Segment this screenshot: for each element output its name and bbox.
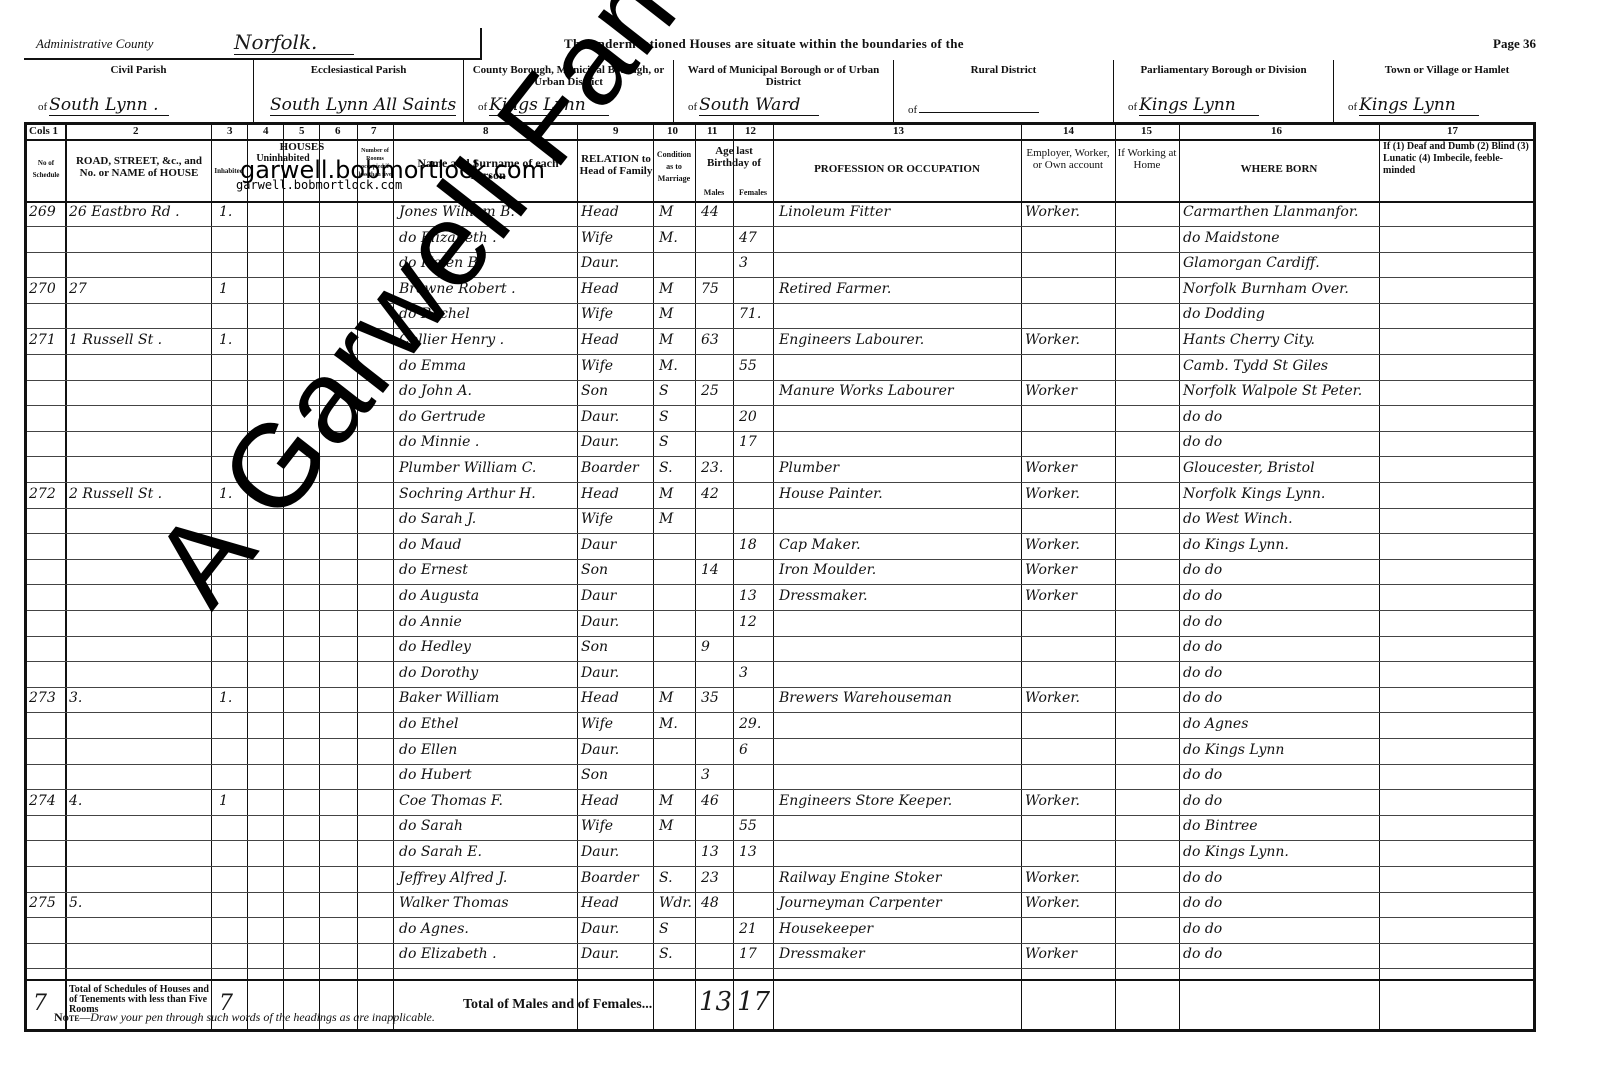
occupation-cell: Iron Moulder. (779, 562, 876, 578)
table-row: do Elizabeth .WifeM.47do Maidstone (27, 227, 1533, 253)
employer-cell: Worker. (1025, 204, 1080, 220)
rural-district: Rural District of (894, 60, 1114, 122)
name-cell: do Dorothy (399, 665, 478, 681)
name-cell: Plumber William C. (399, 460, 536, 476)
females-age-cell: 3 (739, 255, 748, 271)
parliamentary-borough-text: Kings Lynn (1139, 95, 1259, 116)
females-age-cell: 21 (739, 921, 757, 937)
table-row: 26926 Eastbro Rd .1.Jones William B.Head… (27, 201, 1533, 227)
females-age-cell: 20 (739, 409, 757, 425)
birthplace-cell: Glamorgan Cardiff. (1183, 255, 1320, 271)
occupation-cell: Railway Engine Stoker (779, 870, 941, 886)
page-number: Page 36 (1493, 36, 1536, 52)
relation-cell: Daur. (581, 921, 619, 937)
relation-cell: Daur. (581, 844, 619, 860)
relation-cell: Daur. (581, 665, 619, 681)
rural-district-text (919, 112, 1039, 113)
table-row: do SarahWifeM55do Bintree (27, 815, 1533, 841)
of-label: of (908, 104, 917, 116)
name-cell: do Ellen (399, 742, 457, 758)
condition-cell: M. (659, 230, 678, 246)
females-age-cell: 18 (739, 537, 757, 553)
ward-title: Ward of Municipal Borough or of Urban Di… (674, 60, 893, 88)
road-cell: 2 Russell St . (69, 486, 162, 502)
birthplace-cell: Camb. Tydd St Giles (1183, 358, 1328, 374)
birthplace-cell: do do (1183, 665, 1222, 681)
relation-cell: Wife (581, 306, 613, 322)
birthplace-cell: do do (1183, 639, 1222, 655)
total-males: 13 (699, 987, 732, 1017)
occupation-cell: Linoleum Fitter (779, 204, 890, 220)
schedule-cell: 270 (29, 281, 56, 297)
parliamentary-borough-value: ofKings Lynn (1128, 95, 1259, 116)
employer-cell: Worker (1025, 562, 1077, 578)
schedule-cell: 269 (29, 204, 56, 220)
birthplace-cell: do Maidstone (1183, 230, 1280, 246)
of-label: of (688, 101, 697, 113)
col-num: 11 (707, 125, 717, 137)
birthplace-cell: do Kings Lynn. (1183, 844, 1289, 860)
col-num: 5 (299, 125, 305, 137)
females-age-cell: 55 (739, 358, 757, 374)
relation-cell: Daur (581, 588, 616, 604)
table-row: do HedleySon9do do (27, 636, 1533, 662)
name-cell: do Elizabeth . (399, 946, 497, 962)
inhabited-cell: 1. (219, 332, 232, 348)
of-label: of (1348, 101, 1357, 113)
col-num: 4 (263, 125, 269, 137)
total-females: 17 (737, 987, 770, 1017)
birthplace-cell: do do (1183, 767, 1222, 783)
relation-cell: Wife (581, 230, 613, 246)
occupation-header: PROFESSION OR OCCUPATION (773, 163, 1021, 175)
houses-header: HOUSES (247, 141, 357, 153)
col-num: 2 (133, 125, 139, 137)
employer-cell: Worker (1025, 383, 1077, 399)
condition-cell: M (659, 332, 673, 348)
col-num: 3 (227, 125, 233, 137)
birthplace-cell: Hants Cherry City. (1183, 332, 1315, 348)
divisions-row: Civil Parish ofSouth Lynn . Ecclesiastic… (24, 60, 1560, 122)
occupation-cell: Plumber (779, 460, 839, 476)
watermark-site-small: garwell.bobmortlock.com (236, 178, 402, 192)
col-num: 15 (1141, 125, 1152, 137)
relation-cell: Wife (581, 358, 613, 374)
table-row: do EmmaWifeM.55Camb. Tydd St Giles (27, 355, 1533, 381)
birthplace-cell: Carmarthen Llanmanfor. (1183, 204, 1358, 220)
birthplace-cell: do do (1183, 870, 1222, 886)
relation-cell: Son (581, 383, 608, 399)
total-males-females-label: Total of Males and of Females... (463, 997, 652, 1013)
condition-cell: M (659, 306, 673, 322)
condition-cell: S. (659, 946, 673, 962)
birthplace-cell: do Kings Lynn. (1183, 537, 1289, 553)
males-age-cell: 14 (701, 562, 719, 578)
occupation-cell: Dressmaker (779, 946, 865, 962)
employer-cell: Worker (1025, 460, 1077, 476)
relation-cell: Head (581, 204, 619, 220)
females-age-cell: 12 (739, 614, 757, 630)
occupation-cell: Dressmaker. (779, 588, 868, 604)
admin-county-value: Norfolk. (234, 30, 354, 55)
road-cell: 26 Eastbro Rd . (69, 204, 180, 220)
table-row: do Elizabeth .Daur.S.17DressmakerWorkerd… (27, 943, 1533, 969)
relation-cell: Head (581, 486, 619, 502)
employer-cell: Worker. (1025, 870, 1080, 886)
name-cell: do Sarah E. (399, 844, 482, 860)
name-cell: do Ernest (399, 562, 468, 578)
relation-cell: Daur. (581, 434, 619, 450)
relation-cell: Boarder (581, 460, 639, 476)
name-cell: do Agnes. (399, 921, 469, 937)
employer-cell: Worker. (1025, 537, 1080, 553)
males-age-cell: 42 (701, 486, 719, 502)
relation-cell: Wife (581, 511, 613, 527)
ecclesiastical-parish-text: South Lynn All Saints (270, 95, 456, 116)
occupation-cell: Journeyman Carpenter (779, 895, 942, 911)
females-age-cell: 29. (739, 716, 761, 732)
town-title: Town or Village or Hamlet (1334, 60, 1560, 76)
administrative-county-box: Administrative County Norfolk. (24, 28, 482, 60)
relation-cell: Head (581, 793, 619, 809)
relation-cell: Daur. (581, 409, 619, 425)
table-row: do DorothyDaur.3do do (27, 662, 1533, 688)
birthplace-cell: do do (1183, 434, 1222, 450)
condition-cell: S (659, 921, 669, 937)
col-num: 17 (1447, 125, 1458, 137)
condition-cell: S. (659, 460, 673, 476)
relation-cell: Head (581, 690, 619, 706)
schedule-cell: 274 (29, 793, 56, 809)
name-cell: do Annie (399, 614, 462, 630)
col-num: 7 (371, 125, 377, 137)
birthplace-cell: do West Winch. (1183, 511, 1293, 527)
schedule-cell: 273 (29, 690, 56, 706)
parliamentary-borough: Parliamentary Borough or Division ofKing… (1114, 60, 1334, 122)
name-cell: do Minnie . (399, 434, 479, 450)
females-age-cell: 55 (739, 818, 757, 834)
road-cell: 4. (69, 793, 82, 809)
females-age-cell: 3 (739, 665, 748, 681)
infirmity-header: If (1) Deaf and Dumb (2) Blind (3) Lunat… (1383, 141, 1533, 177)
birthplace-cell: Gloucester, Bristol (1183, 460, 1315, 476)
occupation-cell: Engineers Labourer. (779, 332, 924, 348)
condition-cell: Wdr. (659, 895, 692, 911)
name-cell: do Augusta (399, 588, 479, 604)
birthplace-cell: do do (1183, 614, 1222, 630)
table-row: do HubertSon3do do (27, 764, 1533, 790)
birthplace-cell: Norfolk Burnham Over. (1183, 281, 1349, 297)
employer-cell: Worker. (1025, 793, 1080, 809)
condition-cell: M (659, 204, 673, 220)
civil-parish: Civil Parish ofSouth Lynn . (24, 60, 254, 122)
birthplace-cell: do do (1183, 690, 1222, 706)
schedule-cell: 272 (29, 486, 56, 502)
birthplace-cell: do do (1183, 793, 1222, 809)
civil-parish-value: ofSouth Lynn . (38, 95, 169, 116)
condition-cell: S (659, 383, 669, 399)
table-row: Jeffrey Alfred J.BoarderS.23Railway Engi… (27, 867, 1533, 893)
table-row: 2755.Walker ThomasHeadWdr.48Journeyman C… (27, 892, 1533, 918)
birthplace-cell: do do (1183, 895, 1222, 911)
occupation-cell: Housekeeper (779, 921, 873, 937)
of-label: of (1128, 101, 1137, 113)
table-row: 2744.1Coe Thomas F.HeadM46Engineers Stor… (27, 790, 1533, 816)
town-value: ofKings Lynn (1348, 95, 1479, 116)
males-age-cell: 9 (701, 639, 710, 655)
name-cell: Walker Thomas (399, 895, 509, 911)
relation-cell: Head (581, 281, 619, 297)
condition-cell: S. (659, 870, 673, 886)
footer-note: Note—Draw your pen through such words of… (54, 1010, 435, 1025)
males-age-cell: 23. (701, 460, 723, 476)
ward-text: South Ward (699, 95, 819, 116)
males-header: Males (695, 187, 733, 199)
occupation-cell: House Painter. (779, 486, 883, 502)
females-header: Females (733, 187, 773, 199)
col-num: 14 (1063, 125, 1074, 137)
condition-cell: M (659, 281, 673, 297)
name-cell: do Maud (399, 537, 462, 553)
town: Town or Village or Hamlet ofKings Lynn (1334, 60, 1560, 122)
birthplace-cell: do do (1183, 588, 1222, 604)
relation-cell: Head (581, 332, 619, 348)
employer-cell: Worker (1025, 588, 1077, 604)
females-age-cell: 13 (739, 844, 757, 860)
ward: Ward of Municipal Borough or of Urban Di… (674, 60, 894, 122)
table-row: 2733.1.Baker WilliamHeadM35Brewers Wareh… (27, 687, 1533, 713)
table-row: do EllenDaur.6do Kings Lynn (27, 739, 1533, 765)
rural-district-value: of (908, 104, 1039, 116)
inhabited-cell: 1 (219, 793, 228, 809)
occupation-cell: Brewers Warehouseman (779, 690, 952, 706)
table-row: 270271Browne Robert .HeadM75Retired Farm… (27, 278, 1533, 304)
table-row: 2711 Russell St .1.Collier Henry .HeadM6… (27, 329, 1533, 355)
schedule-cell: 271 (29, 332, 56, 348)
col-num: 12 (745, 125, 756, 137)
name-cell: do Sarah J. (399, 511, 476, 527)
road-cell: 1 Russell St . (69, 332, 162, 348)
inhabited-cell: 1. (219, 690, 232, 706)
females-age-cell: 13 (739, 588, 757, 604)
condition-cell: S (659, 434, 669, 450)
name-cell: Sochring Arthur H. (399, 486, 536, 502)
relation-cell: Daur. (581, 742, 619, 758)
admin-county-label: Administrative County (36, 36, 153, 52)
birthplace-cell: do Agnes (1183, 716, 1248, 732)
table-row: do RachelWifeM71.do Dodding (27, 303, 1533, 329)
relation-cell: Wife (581, 716, 613, 732)
occupation-cell: Retired Farmer. (779, 281, 891, 297)
name-cell: do Hubert (399, 767, 472, 783)
females-age-cell: 71. (739, 306, 761, 322)
name-cell: do Hedley (399, 639, 471, 655)
condition-cell: M. (659, 358, 678, 374)
relation-cell: Son (581, 767, 608, 783)
name-cell: do Ethel (399, 716, 458, 732)
table-row: do EthelWifeM.29.do Agnes (27, 713, 1533, 739)
age-header: Age last Birthday of (695, 145, 773, 169)
col-num: 13 (893, 125, 904, 137)
note-text: —Draw your pen through such words of the… (80, 1010, 435, 1024)
employer-cell: Worker. (1025, 690, 1080, 706)
town-text: Kings Lynn (1359, 95, 1479, 116)
males-age-cell: 75 (701, 281, 719, 297)
road-cell: 5. (69, 895, 82, 911)
road-cell: 27 (69, 281, 87, 297)
males-age-cell: 44 (701, 204, 719, 220)
col-num: Cols 1 (29, 125, 58, 137)
name-cell: Jeffrey Alfred J. (399, 870, 507, 886)
table-row: do Sarah E.Daur.1313do Kings Lynn. (27, 841, 1533, 867)
females-age-cell: 17 (739, 434, 757, 450)
birthplace-cell: Norfolk Walpole St Peter. (1183, 383, 1362, 399)
condition-cell: S (659, 409, 669, 425)
schedule-cell: 275 (29, 895, 56, 911)
relation-cell: Son (581, 639, 608, 655)
ecclesiastical-parish: Ecclesiastical Parish South Lynn All Sai… (254, 60, 464, 122)
of-label: of (38, 101, 47, 113)
birthplace-cell: do Bintree (1183, 818, 1258, 834)
condition-header: Condition as to Marriage (653, 149, 695, 185)
rural-district-title: Rural District (894, 60, 1113, 76)
condition-cell: M. (659, 716, 678, 732)
birthplace-cell: Norfolk Kings Lynn. (1183, 486, 1325, 502)
parliamentary-borough-title: Parliamentary Borough or Division (1114, 60, 1333, 76)
relation-cell: Daur. (581, 614, 619, 630)
employer-cell: Worker. (1025, 895, 1080, 911)
inhabited-cell: 1 (219, 281, 228, 297)
occupation-cell: Engineers Store Keeper. (779, 793, 952, 809)
males-age-cell: 63 (701, 332, 719, 348)
occupation-cell: Manure Works Labourer (779, 383, 954, 399)
civil-parish-title: Civil Parish (24, 60, 253, 76)
col-num: 16 (1271, 125, 1282, 137)
name-cell: do Gertrude (399, 409, 486, 425)
table-row: do Helen BDaur.3Glamorgan Cardiff. (27, 252, 1533, 278)
road-cell: 3. (69, 690, 82, 706)
name-cell: do Sarah (399, 818, 463, 834)
males-age-cell: 25 (701, 383, 719, 399)
birthplace-cell: do do (1183, 562, 1222, 578)
relation-cell: Wife (581, 818, 613, 834)
ward-value: ofSouth Ward (688, 95, 819, 116)
employer-cell: Worker (1025, 946, 1077, 962)
birthplace-cell: do do (1183, 921, 1222, 937)
condition-cell: M (659, 486, 673, 502)
females-age-cell: 47 (739, 230, 757, 246)
total-schedules: 7 (33, 991, 47, 1016)
table-row: do AnnieDaur.12do do (27, 611, 1533, 637)
name-cell: Coe Thomas F. (399, 793, 503, 809)
condition-cell: M (659, 690, 673, 706)
birthplace-cell: do do (1183, 946, 1222, 962)
ecclesiastical-parish-title: Ecclesiastical Parish (254, 60, 463, 76)
schedule-header: No of Schedule (27, 157, 65, 181)
born-header: WHERE BORN (1179, 163, 1379, 175)
females-age-cell: 6 (739, 742, 748, 758)
note-label: Note (54, 1010, 80, 1024)
males-age-cell: 48 (701, 895, 719, 911)
relation-cell: Head (581, 895, 619, 911)
condition-cell: M (659, 818, 673, 834)
relation-cell: Daur. (581, 946, 619, 962)
name-cell: Baker William (399, 690, 499, 706)
birthplace-cell: do Dodding (1183, 306, 1265, 322)
males-age-cell: 35 (701, 690, 719, 706)
birthplace-cell: do Kings Lynn (1183, 742, 1284, 758)
road-header: ROAD, STREET, &c., and No. or NAME of HO… (67, 155, 211, 179)
col-num: 6 (335, 125, 341, 137)
condition-cell: M (659, 511, 673, 527)
employer-cell: Worker. (1025, 486, 1080, 502)
condition-cell: M (659, 793, 673, 809)
occupation-cell: Cap Maker. (779, 537, 861, 553)
relation-cell: Daur. (581, 255, 619, 271)
inhabited-cell: 1. (219, 204, 232, 220)
col-num: 10 (667, 125, 678, 137)
males-age-cell: 13 (701, 844, 719, 860)
relation-cell: Son (581, 562, 608, 578)
males-age-cell: 46 (701, 793, 719, 809)
table-row: do Agnes.Daur.S21Housekeeperdo do (27, 918, 1533, 944)
employer-header: Employer, Worker, or Own account (1021, 147, 1115, 171)
home-header: If Working at Home (1115, 147, 1179, 171)
birthplace-cell: do do (1183, 409, 1222, 425)
males-age-cell: 3 (701, 767, 710, 783)
relation-cell: Daur (581, 537, 616, 553)
males-age-cell: 23 (701, 870, 719, 886)
relation-cell: Boarder (581, 870, 639, 886)
civil-parish-text: South Lynn . (49, 95, 169, 116)
ecclesiastical-parish-value: South Lynn All Saints (268, 95, 456, 116)
females-age-cell: 17 (739, 946, 757, 962)
employer-cell: Worker. (1025, 332, 1080, 348)
